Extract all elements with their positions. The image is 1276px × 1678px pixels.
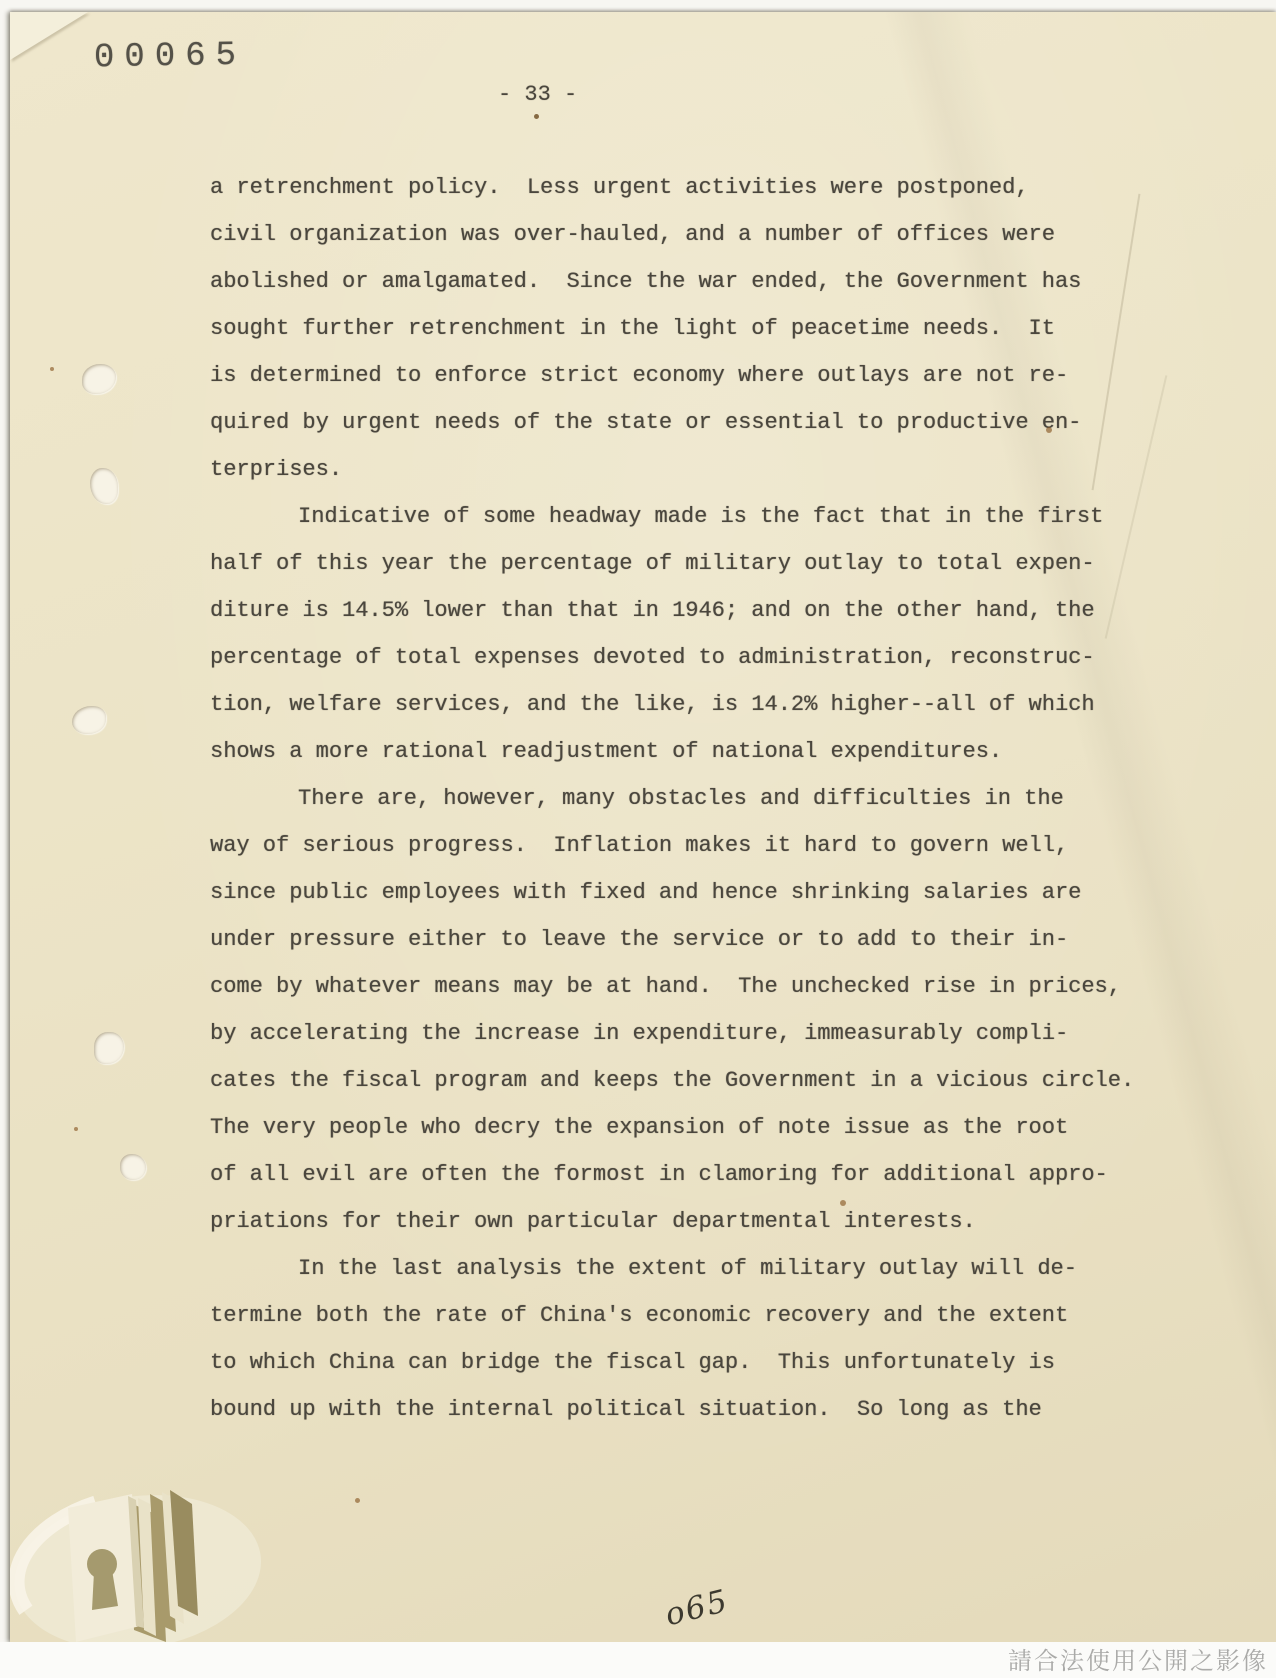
text-line: priations for their own particular depar… (210, 1198, 1210, 1245)
foxing-speck (50, 367, 54, 371)
paragraph: There are, however, many obstacles and d… (210, 775, 1210, 1245)
text-line: percentage of total expenses devoted to … (210, 634, 1210, 681)
paper-damage-spot (82, 364, 116, 394)
text-line: Indicative of some headway made is the f… (210, 493, 1210, 540)
document-body: a retrenchment policy. Less urgent activ… (210, 164, 1210, 1433)
text-line: by accelerating the increase in expendit… (210, 1010, 1210, 1057)
text-line: is determined to enforce strict economy … (210, 352, 1210, 399)
text-line: In the last analysis the extent of milit… (210, 1245, 1210, 1292)
page-number: - 33 - (498, 82, 577, 107)
archive-stamp-number: 00065 (94, 37, 247, 78)
text-line: civil organization was over-hauled, and … (210, 211, 1210, 258)
foxing-speck (1046, 427, 1052, 433)
text-line: tion, welfare services, and the like, is… (210, 681, 1210, 728)
text-line: bound up with the internal political sit… (210, 1386, 1210, 1433)
scanned-document-page: 00065 - 33 - a retrenchment policy. Less… (0, 0, 1276, 1678)
foxing-speck (840, 1200, 846, 1206)
text-line: under pressure either to leave the servi… (210, 916, 1210, 963)
text-line: sought further retrenchment in the light… (210, 305, 1210, 352)
text-line: diture is 14.5% lower than that in 1946;… (210, 587, 1210, 634)
text-line: a retrenchment policy. Less urgent activ… (210, 164, 1210, 211)
folded-corner (10, 12, 88, 60)
paper-damage-spot (120, 1154, 146, 1180)
text-line: way of serious progress. Inflation makes… (210, 822, 1210, 869)
paragraph: Indicative of some headway made is the f… (210, 493, 1210, 775)
text-line: termine both the rate of China's economi… (210, 1292, 1210, 1339)
text-line: terprises. (210, 446, 1210, 493)
text-line: quired by urgent needs of the state or e… (210, 399, 1210, 446)
text-line: of all evil are often the formost in cla… (210, 1151, 1210, 1198)
paper-damage-spot (90, 468, 118, 504)
paper-damage-spot (94, 1032, 124, 1064)
handwritten-page-number: o65 (662, 1583, 733, 1633)
text-line: shows a more rational readjustment of na… (210, 728, 1210, 775)
text-line: to which China can bridge the fiscal gap… (210, 1339, 1210, 1386)
text-line: come by whatever means may be at hand. T… (210, 963, 1210, 1010)
foxing-speck (74, 1127, 78, 1131)
text-line: abolished or amalgamated. Since the war … (210, 258, 1210, 305)
paper-damage-spot (72, 706, 106, 734)
text-line: since public employees with fixed and he… (210, 869, 1210, 916)
text-line: There are, however, many obstacles and d… (210, 775, 1210, 822)
text-line: The very people who decry the expansion … (210, 1104, 1210, 1151)
foxing-speck (355, 1498, 360, 1503)
text-line: half of this year the percentage of mili… (210, 540, 1210, 587)
paper-sheet: 00065 - 33 - a retrenchment policy. Less… (10, 12, 1276, 1642)
ink-dot (534, 114, 539, 119)
text-line: cates the fiscal program and keeps the G… (210, 1057, 1210, 1104)
paragraph: a retrenchment policy. Less urgent activ… (210, 164, 1210, 493)
copyright-watermark: 請合法使用公開之影像 (1008, 1641, 1268, 1676)
paragraph: In the last analysis the extent of milit… (210, 1245, 1210, 1433)
